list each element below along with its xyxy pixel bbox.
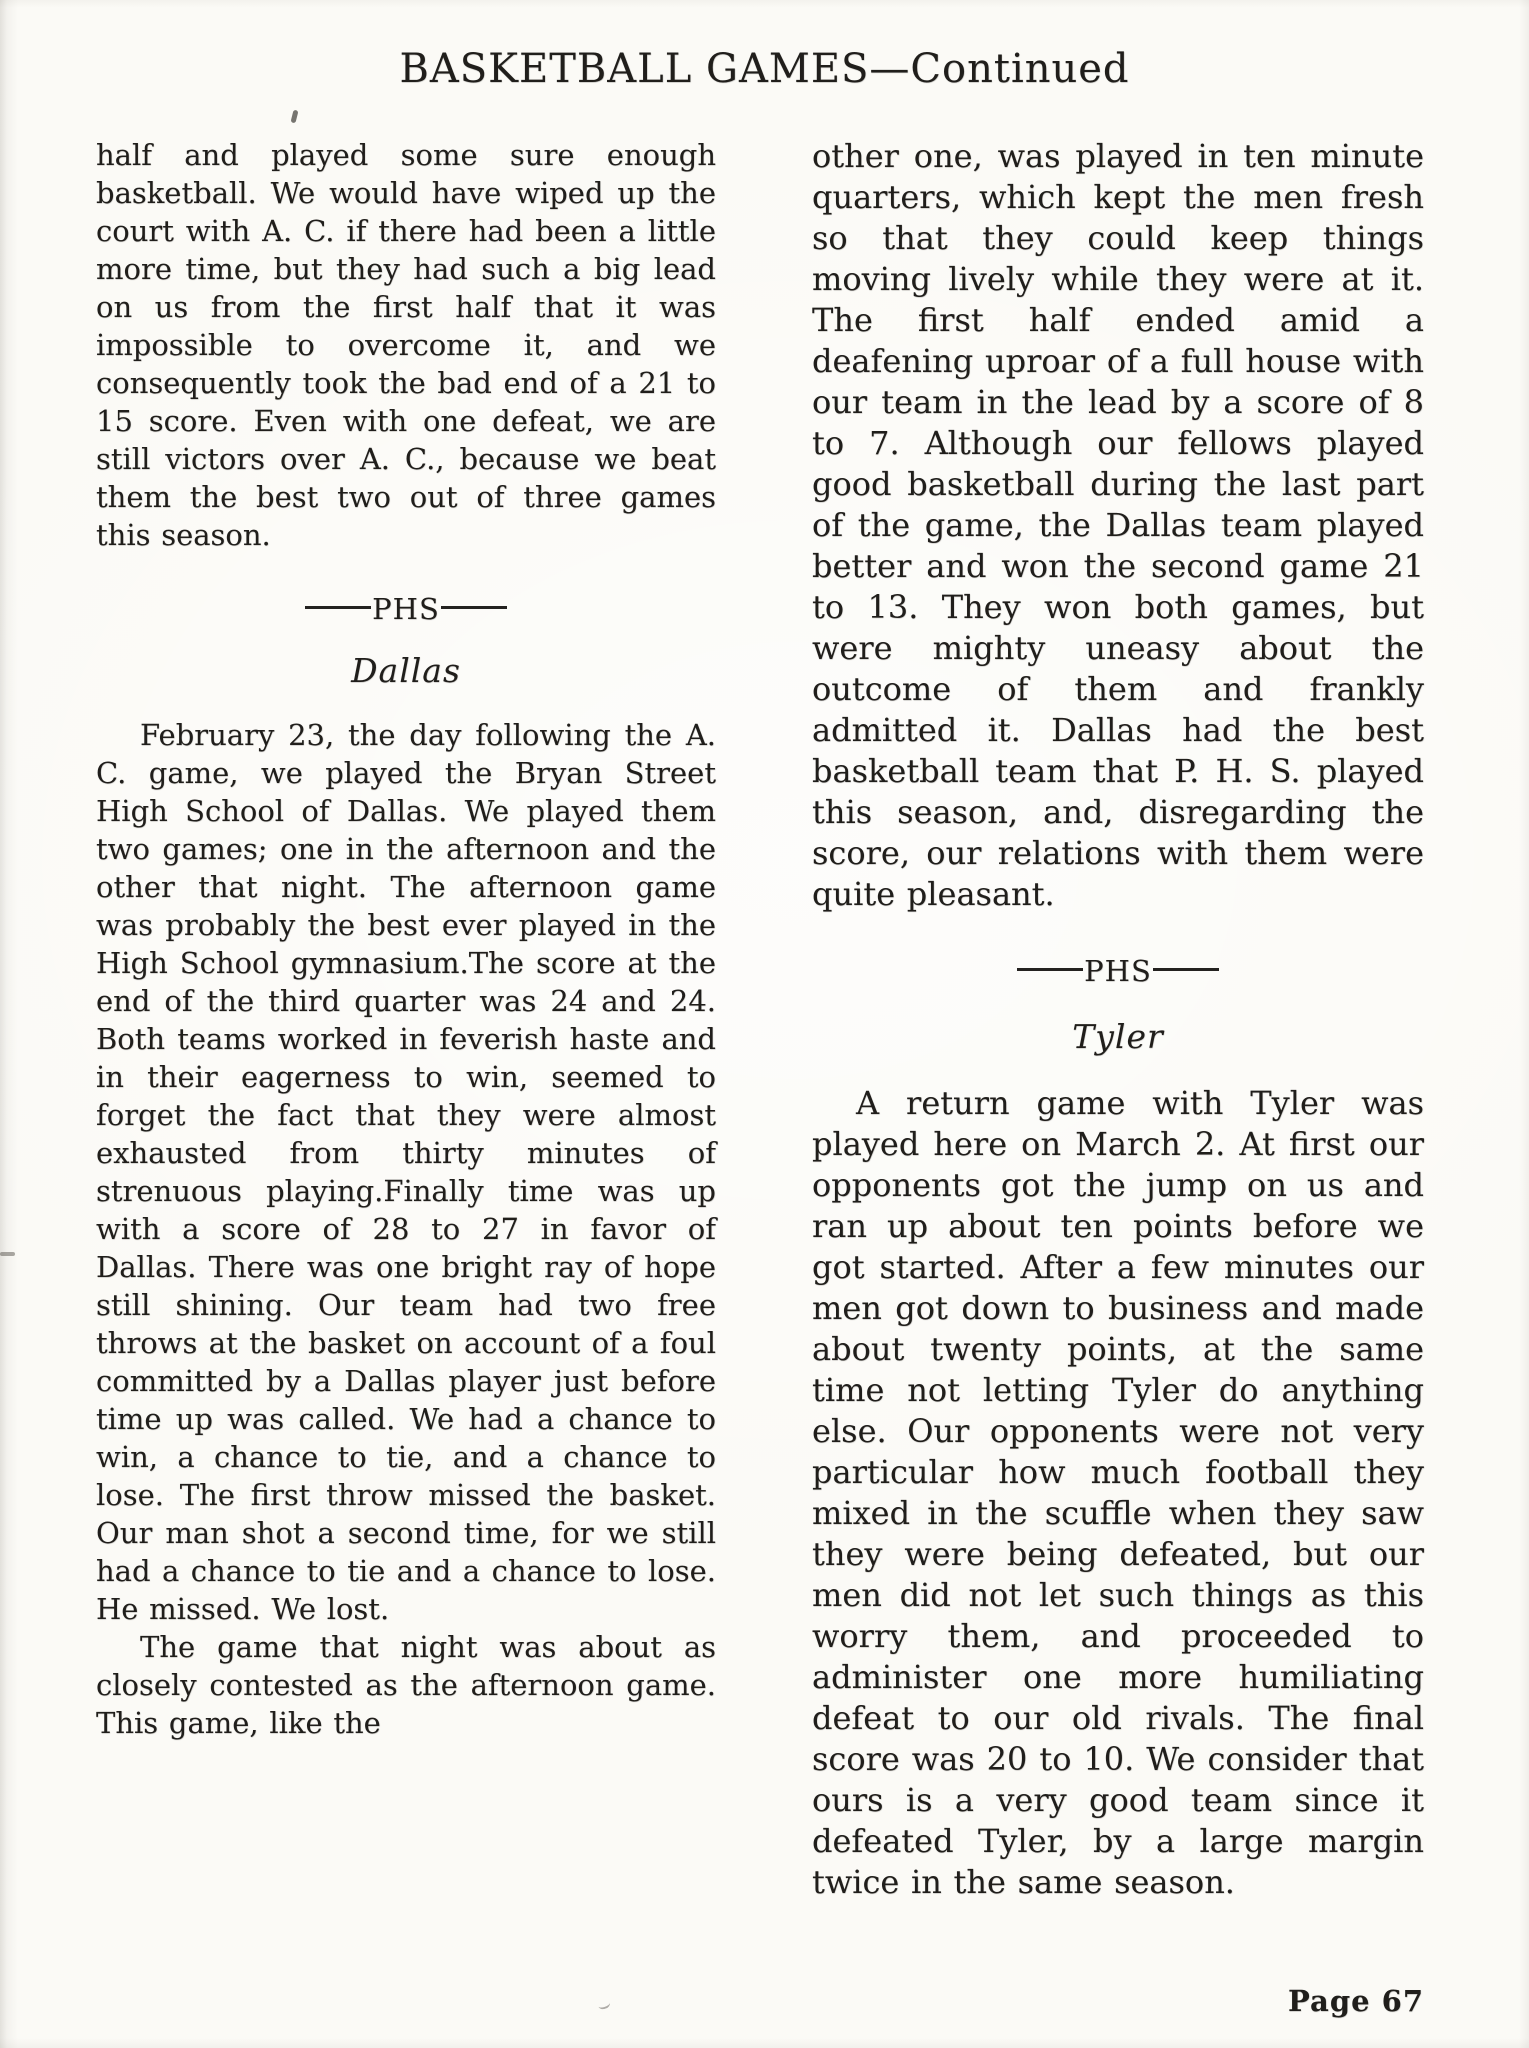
divider-rule-left [305,606,371,609]
yearbook-page: BASKETBALL GAMES—Continued half and play… [0,0,1529,2048]
paragraph-ac-game-continuation: half and played some sure enough basketb… [96,136,716,554]
page-number: Page 67 [812,1984,1424,2018]
paragraph-dallas-continuation: other one, was played in ten minute quar… [812,136,1424,915]
scan-speck [597,1998,611,2010]
phs-divider: PHS [812,949,1424,992]
divider-rule-right [1153,968,1219,971]
paragraph-dallas-games: February 23, the day following the A. C.… [96,716,716,1628]
scan-speck [0,1252,15,1256]
left-column: half and played some sure enough basketb… [96,136,716,1742]
divider-rule-left [1017,968,1083,971]
scan-speck [291,110,299,124]
right-column: other one, was played in ten minute quar… [812,136,1424,1903]
divider-rule-right [441,606,507,609]
divider-label: PHS [1083,951,1153,992]
section-heading-tyler: Tyler [812,1016,1424,1057]
paragraph-tyler-game: A return game with Tyler was played here… [812,1083,1424,1903]
page-title: BASKETBALL GAMES—Continued [0,46,1529,92]
paragraph-dallas-night-game: The game that night was about as closely… [96,1628,716,1742]
section-heading-dallas: Dallas [96,652,716,690]
divider-label: PHS [371,590,441,628]
phs-divider: PHS [96,588,716,628]
